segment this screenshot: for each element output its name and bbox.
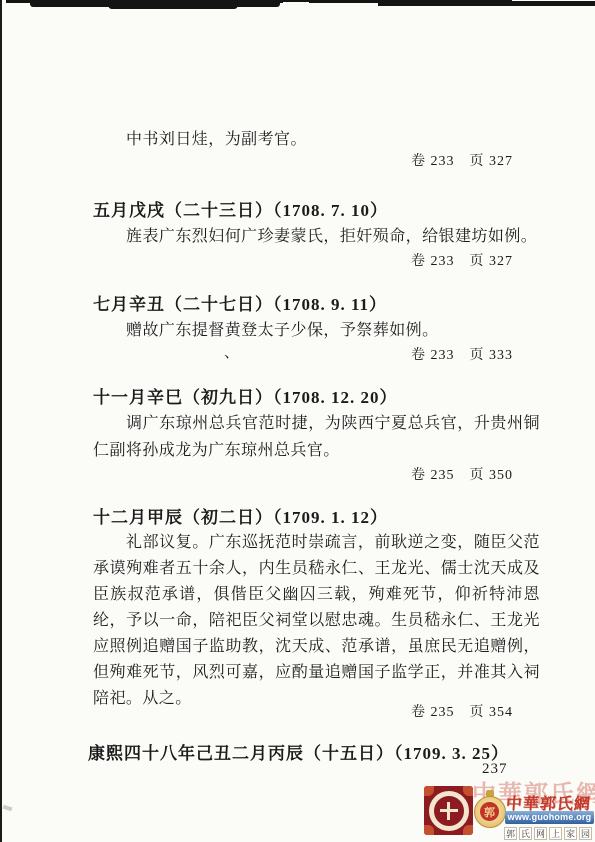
seal-corner-ornament [424,786,434,796]
square-seal-icon [424,786,473,835]
tagline-char: 园 [579,827,592,840]
entry-date-heading: 十二月甲辰（初二日）（1709. 1. 12） [93,503,553,528]
entry-citation: 卷 233 页 327 [93,150,513,170]
scan-edge-line [0,0,2,842]
scan-artifact-gap [283,2,309,7]
watermark-tagline: 郭 氏 网 上 家 园 [504,827,592,840]
entry-date-heading: 七月辛丑（二十七日）（1708. 9. 11） [93,290,553,315]
seal-corner-ornament [463,786,473,796]
seal-corner-ornament [424,825,434,835]
entry-date-heading: 五月戊戌（二十三日）（1708. 7. 10） [93,196,553,221]
entry-body: 调广东琼州总兵官范时捷，为陕西宁夏总兵官，升贵州铜仁副将孙成龙为广东琼州总兵官。 [93,410,540,464]
scanned-document-page: 中书刘日烓，为副考官。 卷 233 页 327 五月戊戌（二十三日）（1708.… [0,0,595,842]
scan-artifact-top [378,1,595,6]
entry-body: 中书刘日烓，为副考官。 [93,126,540,153]
tagline-char: 上 [549,827,562,840]
tagline-char: 郭 [504,827,517,840]
entry-citation: 卷 235 页 350 [93,464,513,484]
entry-date-heading: 十一月辛巳（初九日）（1708. 12. 20） [93,383,553,408]
gold-coin-icon: 郭 [474,790,506,832]
scan-artifact-top [108,0,238,9]
scan-speck [3,805,13,812]
watermark-url: www.guohome.org [505,811,594,824]
site-watermark: 中華郭氏網 郭 中華郭氏網 www.guohome.org 郭 氏 网 上 家 … [420,778,595,842]
entry-citation: 卷 233 页 327 [93,250,513,270]
tagline-char: 网 [534,827,547,840]
coin-character: 郭 [480,802,499,821]
entry-citation: 卷 233 页 333 [93,344,513,364]
tagline-char: 氏 [519,827,532,840]
entry-body: 旌表广东烈妇何广珍妻蒙氏，拒奸殒命，给银建坊如例。 [93,223,540,250]
entry-citation: 卷 235 页 354 [93,701,513,721]
entry-body: 礼部议复。广东巡抚范时崇疏言，前耿逆之变，随臣父范承谟殉难者五十余人，内生员嵇永… [93,530,540,712]
seal-corner-ornament [463,825,473,835]
tagline-char: 家 [564,827,577,840]
entry-body: 赠故广东提督黄登太子少保，予祭葬如例。 [93,317,540,344]
year-section-heading: 康熙四十八年己丑二月丙辰（十五日）（1709. 3. 25） [88,739,548,764]
seal-cross [447,802,450,820]
